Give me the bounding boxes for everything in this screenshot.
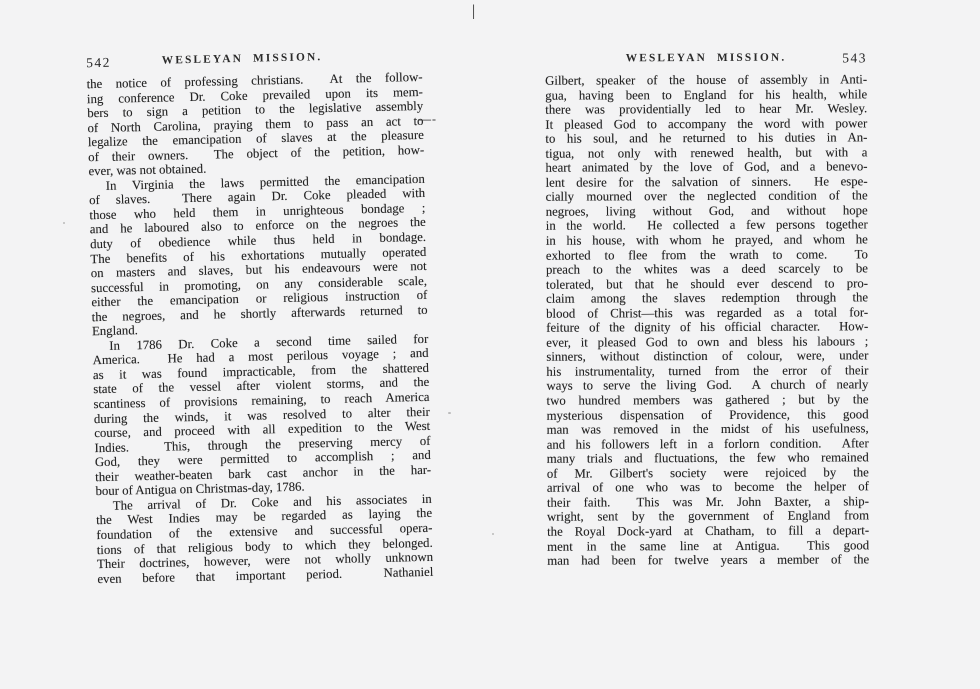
paragraph: In Virginia the laws permitted the emanc… (89, 172, 428, 339)
scan-artifact-margin-dash: — ‐ (419, 112, 435, 127)
text-line: his instrumentality, turned from the err… (546, 363, 868, 379)
text-line: in his house, with whom he prayed, and w… (546, 232, 868, 248)
paragraph: In 1786 Dr. Coke a second time sailed fo… (92, 332, 431, 499)
text-line: man had been for twelve years a member o… (547, 552, 869, 568)
text-line: ways to serve the living God. A church o… (546, 378, 868, 394)
text-line: sinners, without distinction of colour, … (546, 349, 868, 365)
text-line: mysterious dispensation of Providence, t… (547, 407, 869, 423)
text-line: in the world. He collected a few persons… (546, 218, 868, 234)
scan-speck (492, 533, 494, 535)
text-line: ever, it pleased God to own and bless hi… (546, 334, 868, 350)
text-line: negroes, living without God, and without… (546, 203, 868, 219)
running-title-right: WESLEYAN MISSION. (545, 51, 867, 64)
scan-speck (448, 412, 451, 414)
paragraph: The arrival of Dr. Coke and his associat… (96, 492, 434, 587)
text-line: and his followers left in a forlorn cond… (547, 436, 869, 452)
text-line: tolerated, but that he should ever desce… (546, 276, 868, 292)
text-line: gua, having been to England for his heal… (545, 87, 867, 103)
text-line: tigua, not only with renewed health, but… (545, 145, 867, 161)
text-line: many trials and fluctuations, the few wh… (547, 451, 869, 467)
scan-speck (63, 222, 65, 224)
running-title-left: WESLEYAN MISSION. (86, 49, 398, 68)
text-line: ment in the same line at Antigua. This g… (547, 538, 869, 554)
paragraph: Gilbert, speaker of the house of assembl… (545, 72, 869, 568)
page-body-left: the notice of professing christians. At … (86, 70, 433, 586)
running-head-left: 542 WESLEYAN MISSION. (86, 49, 422, 71)
text-line: two hundred members was gathered ; but b… (546, 392, 868, 408)
text-line: Gilbert, speaker of the house of assembl… (545, 72, 867, 88)
text-line: man was removed in the midst of his usef… (547, 421, 869, 437)
text-line: heart animated by the love of God, and a… (545, 160, 867, 176)
book-spread: 542 WESLEYAN MISSION. the notice of prof… (0, 0, 980, 689)
page-543: WESLEYAN MISSION. 543 Gilbert, speaker o… (545, 51, 869, 568)
text-line: claim among the slaves redemption throug… (546, 290, 868, 306)
paragraph: the notice of professing christians. At … (86, 70, 424, 179)
scan-artifact-top-mark: | (472, 3, 475, 21)
page-542: 542 WESLEYAN MISSION. the notice of prof… (86, 49, 433, 586)
text-line: cially mourned over the neglected condit… (546, 189, 868, 205)
text-line: preach to the whites was a deed scarcely… (546, 261, 868, 277)
text-line: of Mr. Gilbert's society were rejoiced b… (547, 465, 869, 481)
text-line: their faith. This was Mr. John Baxter, a… (547, 494, 869, 510)
text-line: the Royal Dock-yard at Chatham, to fill … (547, 523, 869, 539)
page-body-right: Gilbert, speaker of the house of assembl… (545, 72, 869, 568)
text-line: to his soul, and he returned to his duti… (545, 130, 867, 146)
text-line: lent desire for the salvation of sinners… (546, 174, 868, 190)
running-head-right: WESLEYAN MISSION. 543 (545, 51, 867, 67)
page-number-right: 543 (842, 50, 867, 66)
text-line: blood of Christ—this was regarded as a t… (546, 305, 868, 321)
text-line: arrival of one who was to become the hel… (547, 480, 869, 496)
text-line: It pleased God to accompany the word wit… (545, 116, 867, 132)
text-line: wright, sent by the government of Englan… (547, 509, 869, 525)
text-line: exhorted to flee from the wrath to come.… (546, 247, 868, 263)
text-line: feiture of the dignity of his official c… (546, 320, 868, 336)
text-line: there was providentially led to hear Mr.… (545, 101, 867, 117)
